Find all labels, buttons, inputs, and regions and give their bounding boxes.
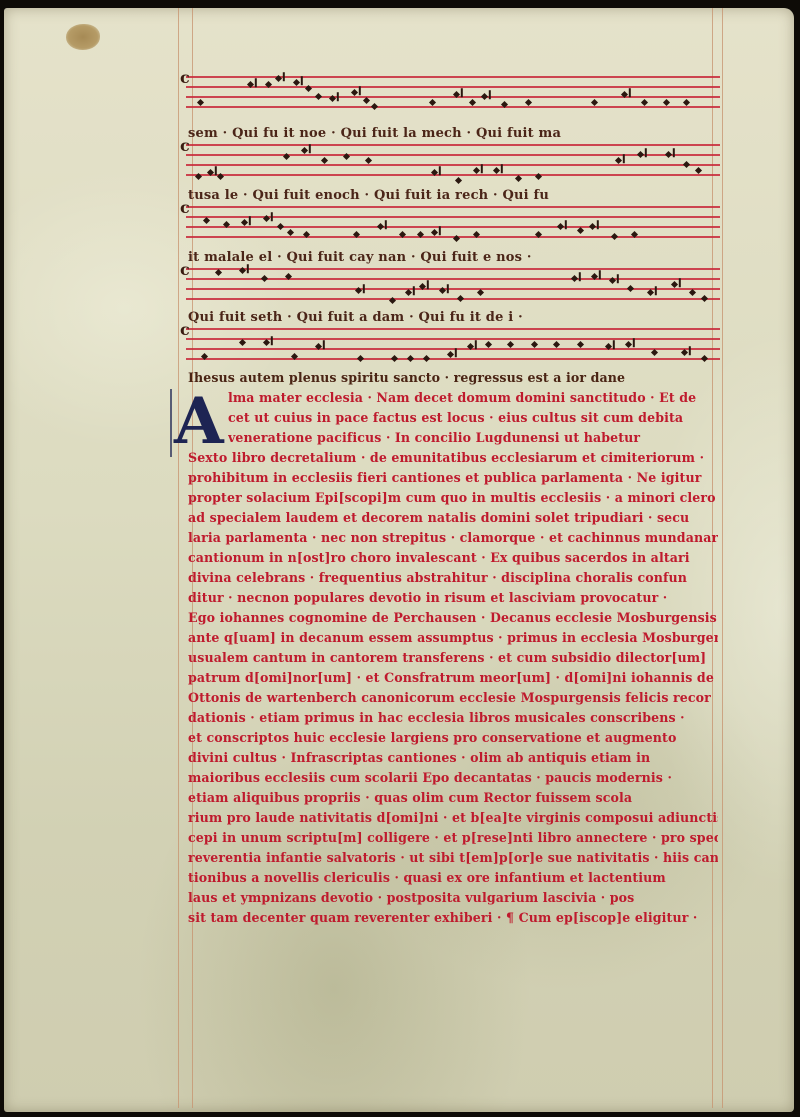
neume-icon (671, 281, 678, 288)
neume-icon (571, 275, 578, 282)
lyric-line-2: tusa le · Qui fuit enoch · Qui fuit ia r… (188, 186, 718, 206)
lyric-line-4: Qui fuit seth · Qui fuit a dam · Qui fu … (188, 308, 718, 328)
neume-icon (663, 99, 670, 106)
neume-icon (701, 295, 708, 302)
text-line: usualem cantum in cantorem transferens ·… (188, 648, 718, 668)
text-line: cet ut cuius in pace factus est locus · … (228, 408, 718, 428)
neume-icon (407, 355, 414, 362)
neume-icon (477, 289, 484, 296)
neume-icon (683, 161, 690, 168)
neume-icon (531, 341, 538, 348)
text-line: laria parlamenta · nec non strepitus · c… (188, 528, 718, 548)
neume-icon (293, 79, 300, 86)
neume-icon (683, 99, 690, 106)
neume-icon (507, 341, 514, 348)
neume-icon (447, 351, 454, 358)
neume-icon (689, 289, 696, 296)
text-line: laus et ympnizans devotio · postposita v… (188, 888, 718, 908)
text-line: Ego iohannes cognomine de Perchausen · D… (188, 608, 718, 628)
c-clef-icon: c (180, 322, 190, 338)
text-line: sit tam decenter quam reverenter exhiber… (188, 908, 718, 928)
text-line: ad specialem laudem et decorem natalis d… (188, 508, 718, 528)
decorated-initial-a: A (174, 391, 218, 453)
neume-icon (637, 151, 644, 158)
neume-icon (261, 275, 268, 282)
neume-icon (591, 99, 598, 106)
margin-rule-left-outer (178, 8, 179, 1108)
neume-icon (377, 223, 384, 230)
neume-icon (315, 93, 322, 100)
text-line: cepi in unum scriptu[m] colligere · et p… (188, 828, 718, 848)
neume-icon (239, 339, 246, 346)
text-line: ante q[uam] in decanum essem assumptus ·… (188, 628, 718, 648)
neume-icon (473, 167, 480, 174)
neume-icon (485, 341, 492, 348)
neume-icon (641, 99, 648, 106)
neume-icon (197, 99, 204, 106)
neume-icon (553, 341, 560, 348)
neume-icon (665, 151, 672, 158)
music-staff-3: c (186, 206, 720, 242)
neume-icon (365, 157, 372, 164)
text-line: cantionum in n[ost]ro choro invalescant … (188, 548, 718, 568)
c-clef-icon: c (180, 200, 190, 216)
text-line: tionibus a novellis clericulis · quasi e… (188, 868, 718, 888)
manuscript-page: c sem · Qui fu it noe · Qui fuit la mech… (4, 8, 794, 1112)
neume-icon (405, 289, 412, 296)
neume-icon (351, 89, 358, 96)
neume-icon (391, 355, 398, 362)
text-line: reverentia infantie salvatoris · ut sibi… (188, 848, 718, 868)
neume-icon (615, 157, 622, 164)
music-staff-2: c (186, 144, 720, 180)
lyric-line-3: it malale el · Qui fuit cay nan · Qui fu… (188, 248, 718, 268)
margin-rule-right-outer (722, 8, 723, 1108)
music-staff-4: c (186, 268, 720, 304)
neume-icon (611, 233, 618, 240)
lyric-line-1: sem · Qui fu it noe · Qui fuit la mech ·… (188, 124, 718, 144)
text-line: lma mater ecclesia · Nam decet domum dom… (228, 388, 718, 408)
text-line: et conscriptos huic ecclesie largiens pr… (188, 728, 718, 748)
neume-icon (301, 147, 308, 154)
neume-icon (701, 355, 708, 362)
neume-icon (423, 355, 430, 362)
neume-icon (651, 349, 658, 356)
neume-icon (515, 175, 522, 182)
music-staff-1: c (186, 76, 720, 112)
text-line: Ihesus autem plenus spiritu sancto · reg… (188, 368, 718, 388)
neume-icon (215, 269, 222, 276)
neume-icon (429, 99, 436, 106)
text-line: Ottonis de wartenberch canonicorum eccle… (188, 688, 718, 708)
neume-icon (241, 219, 248, 226)
neume-icon (577, 341, 584, 348)
neume-icon (287, 229, 294, 236)
neume-icon (357, 355, 364, 362)
neume-icon (203, 217, 210, 224)
neume-icon (525, 99, 532, 106)
text-line: ditur · necnon populares devotio in risu… (188, 588, 718, 608)
text-line: Sexto libro decretalium · de emunitatibu… (188, 448, 718, 468)
neume-icon (455, 177, 462, 184)
neume-icon (371, 103, 378, 110)
neume-icon (321, 157, 328, 164)
neume-icon (589, 223, 596, 230)
neume-icon (469, 99, 476, 106)
text-line: propter solacium Epi[scopi]m cum quo in … (188, 488, 718, 508)
parchment-stain (66, 24, 100, 50)
neume-icon (627, 285, 634, 292)
neume-icon (493, 167, 500, 174)
c-clef-icon: c (180, 262, 190, 278)
neume-icon (431, 229, 438, 236)
neume-icon (277, 223, 284, 230)
neume-icon (457, 295, 464, 302)
neume-icon (481, 93, 488, 100)
neume-icon (363, 97, 370, 104)
neume-icon (625, 341, 632, 348)
music-staff-5: c (186, 328, 720, 364)
text-line: divini cultus · Infrascriptas cantiones … (188, 748, 718, 768)
text-line: maioribus ecclesiis cum scolarii Epo dec… (188, 768, 718, 788)
neume-icon (577, 227, 584, 234)
neume-icon (681, 349, 688, 356)
text-line: etiam aliquibus propriis · quas olim cum… (188, 788, 718, 808)
neume-icon (695, 167, 702, 174)
text-line: veneratione pacificus · In concilio Lugd… (228, 428, 718, 448)
neume-icon (557, 223, 564, 230)
neume-icon (263, 339, 270, 346)
text-line: dationis · etiam primus in hac ecclesia … (188, 708, 718, 728)
text-line: divina celebrans · frequentius abstrahit… (188, 568, 718, 588)
c-clef-icon: c (180, 70, 190, 86)
text-line: patrum d[omi]nor[um] · et Consfratrum me… (188, 668, 718, 688)
neume-icon (647, 289, 654, 296)
c-clef-icon: c (180, 138, 190, 154)
text-line: prohibitum in ecclesiis fieri cantiones … (188, 468, 718, 488)
text-line: rium pro laude nativitatis d[omi]ni · et… (188, 808, 718, 828)
